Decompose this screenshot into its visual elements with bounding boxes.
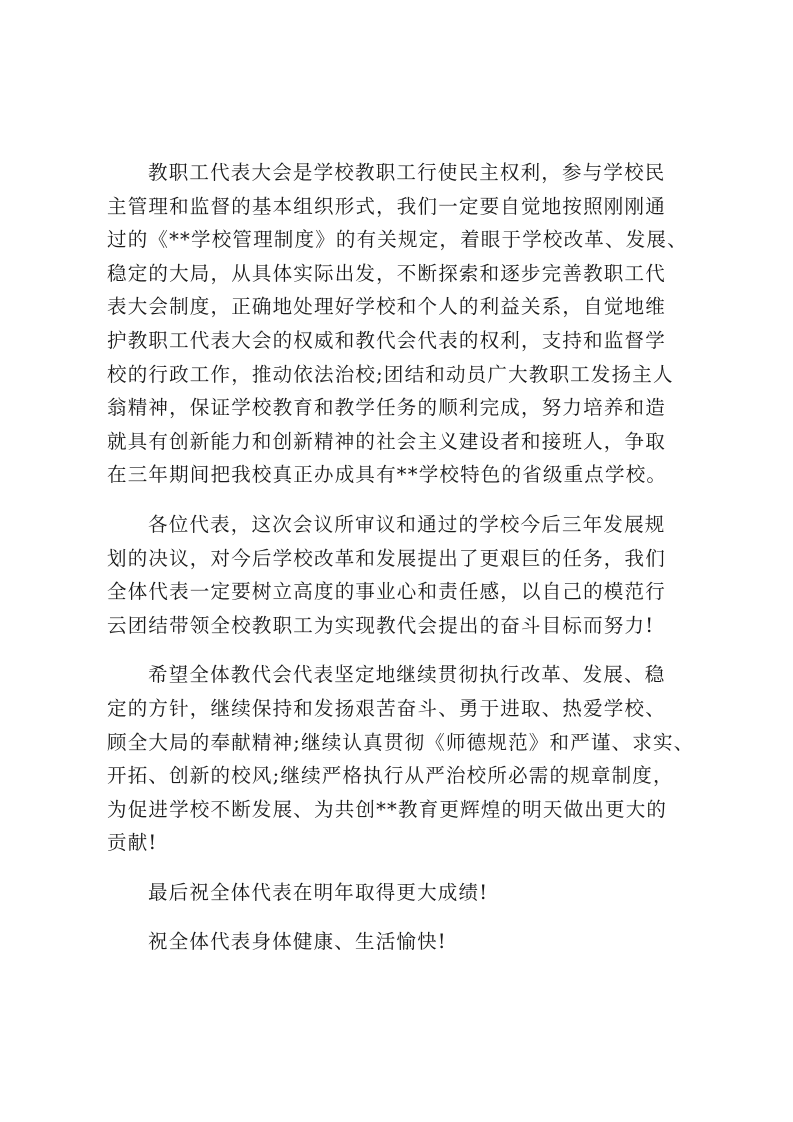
text-line: 定的方针，继续保持和发扬艰苦奋斗、勇于进取、热爱学校、 (107, 692, 693, 726)
paragraph-closing-wish-1: 最后祝全体代表在明年取得更大成绩! (107, 876, 693, 910)
text-line: 划的决议，对今后学校改革和发展提出了更艰巨的任务，我们 (107, 542, 693, 576)
text-line: 云团结带领全校教职工为实现教代会提出的奋斗目标而努力! (107, 609, 693, 643)
text-line: 稳定的大局，从具体实际出发，不断探索和逐步完善教职工代 (107, 257, 693, 291)
text-line: 开拓、创新的校风;继续严格执行从严治校所必需的规章制度， (107, 759, 693, 793)
text-line: 顾全大局的奉献精神;继续认真贯彻《师德规范》和严谨、求实、 (107, 726, 693, 760)
paragraph-gap (107, 909, 693, 925)
text-line: 护教职工代表大会的权威和教代会代表的权利，支持和监督学 (107, 324, 693, 358)
text-line: 全体代表一定要树立高度的事业心和责任感，以自己的模范行 (107, 575, 693, 609)
text-line: 祝全体代表身体健康、生活愉快! (107, 925, 693, 959)
text-line: 希望全体教代会代表坚定地继续贯彻执行改革、发展、稳 (107, 658, 693, 692)
text-line: 最后祝全体代表在明年取得更大成绩! (107, 876, 693, 910)
text-line: 在三年期间把我校真正办成具有**学校特色的省级重点学校。 (107, 458, 693, 492)
text-line: 翁精神，保证学校教育和教学任务的顺利完成，努力培养和造 (107, 391, 693, 425)
text-line: 教职工代表大会是学校教职工行使民主权利，参与学校民 (107, 156, 693, 190)
text-line: 贡献! (107, 826, 693, 860)
text-line: 校的行政工作，推动依法治校;团结和动员广大教职工发扬主人 (107, 358, 693, 392)
text-line: 过的《**学校管理制度》的有关规定，着眼于学校改革、发展、 (107, 223, 693, 257)
text-line: 主管理和监督的基本组织形式，我们一定要自觉地按照刚刚通 (107, 190, 693, 224)
paragraph-gap (107, 492, 693, 508)
document-page: 教职工代表大会是学校教职工行使民主权利，参与学校民 主管理和监督的基本组织形式，… (107, 156, 693, 959)
text-line: 表大会制度，正确地处理好学校和个人的利益关系，自觉地维 (107, 290, 693, 324)
paragraph-gap (107, 642, 693, 658)
paragraph-hopes: 希望全体教代会代表坚定地继续贯彻执行改革、发展、稳 定的方针，继续保持和发扬艰苦… (107, 658, 693, 860)
text-line: 各位代表，这次会议所审议和通过的学校今后三年发展规 (107, 508, 693, 542)
paragraph-delegates-resolution: 各位代表，这次会议所审议和通过的学校今后三年发展规 划的决议，对今后学校改革和发… (107, 508, 693, 642)
text-line: 就具有创新能力和创新精神的社会主义建设者和接班人，争取 (107, 425, 693, 459)
paragraph-gap (107, 860, 693, 876)
paragraph-congress-role: 教职工代表大会是学校教职工行使民主权利，参与学校民 主管理和监督的基本组织形式，… (107, 156, 693, 492)
text-line: 为促进学校不断发展、为共创**教育更辉煌的明天做出更大的 (107, 793, 693, 827)
paragraph-closing-wish-2: 祝全体代表身体健康、生活愉快! (107, 925, 693, 959)
